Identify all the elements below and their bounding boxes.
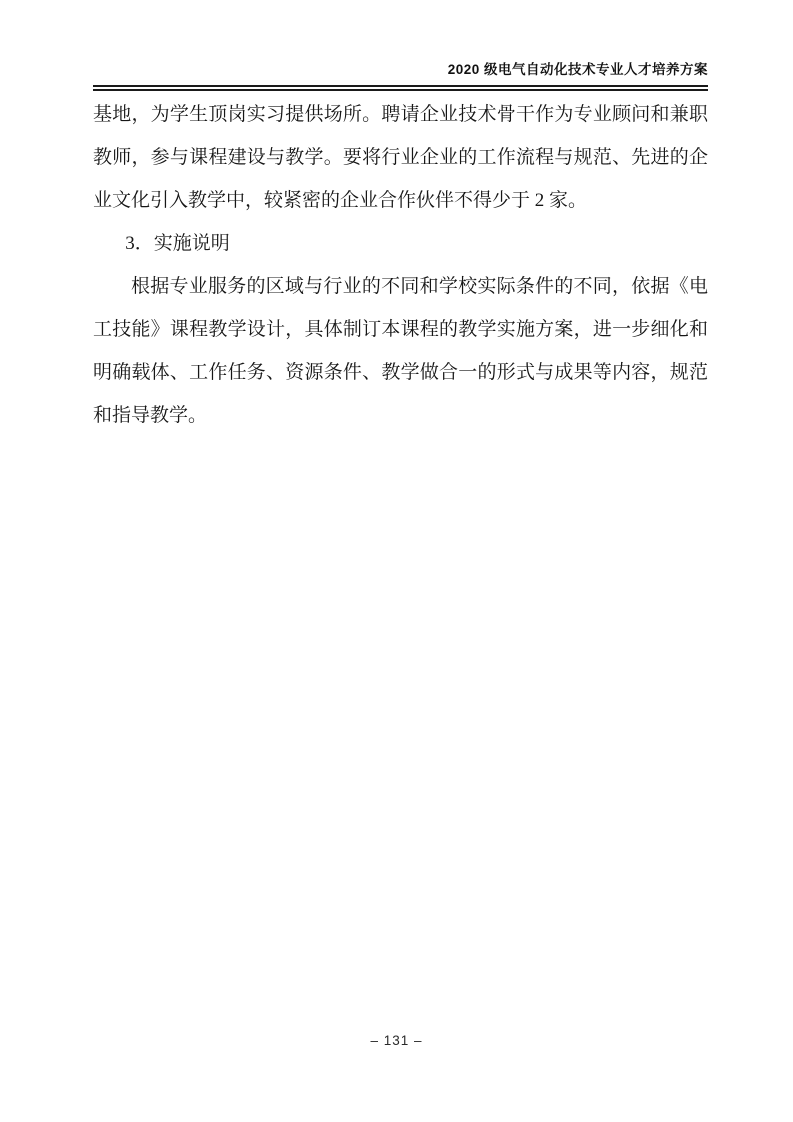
header-double-rule	[93, 85, 708, 91]
paragraph-implementation-details: 根据专业服务的区域与行业的不同和学校实际条件的不同，依据《电工技能》课程教学设计…	[93, 265, 708, 437]
header-rule-top-line	[93, 85, 708, 87]
header-rule-bottom-line	[93, 89, 708, 91]
document-body: 基地，为学生顶岗实习提供场所。聘请企业技术骨干作为专业顾问和兼职教师，参与课程建…	[93, 93, 708, 437]
page-header: 2020 级电气自动化技术专业人才培养方案	[93, 0, 708, 91]
header-title: 2020 级电气自动化技术专业人才培养方案	[93, 0, 708, 78]
document-page: 2020 级电气自动化技术专业人才培养方案 基地，为学生顶岗实习提供场所。聘请企…	[0, 0, 793, 1122]
paragraph-continuation: 基地，为学生顶岗实习提供场所。聘请企业技术骨干作为专业顾问和兼职教师，参与课程建…	[93, 93, 708, 222]
page-footer: – 131 –	[0, 1032, 793, 1050]
page-number: – 131 –	[370, 1033, 422, 1048]
section-heading-implementation-notes: 3．实施说明	[93, 222, 708, 265]
